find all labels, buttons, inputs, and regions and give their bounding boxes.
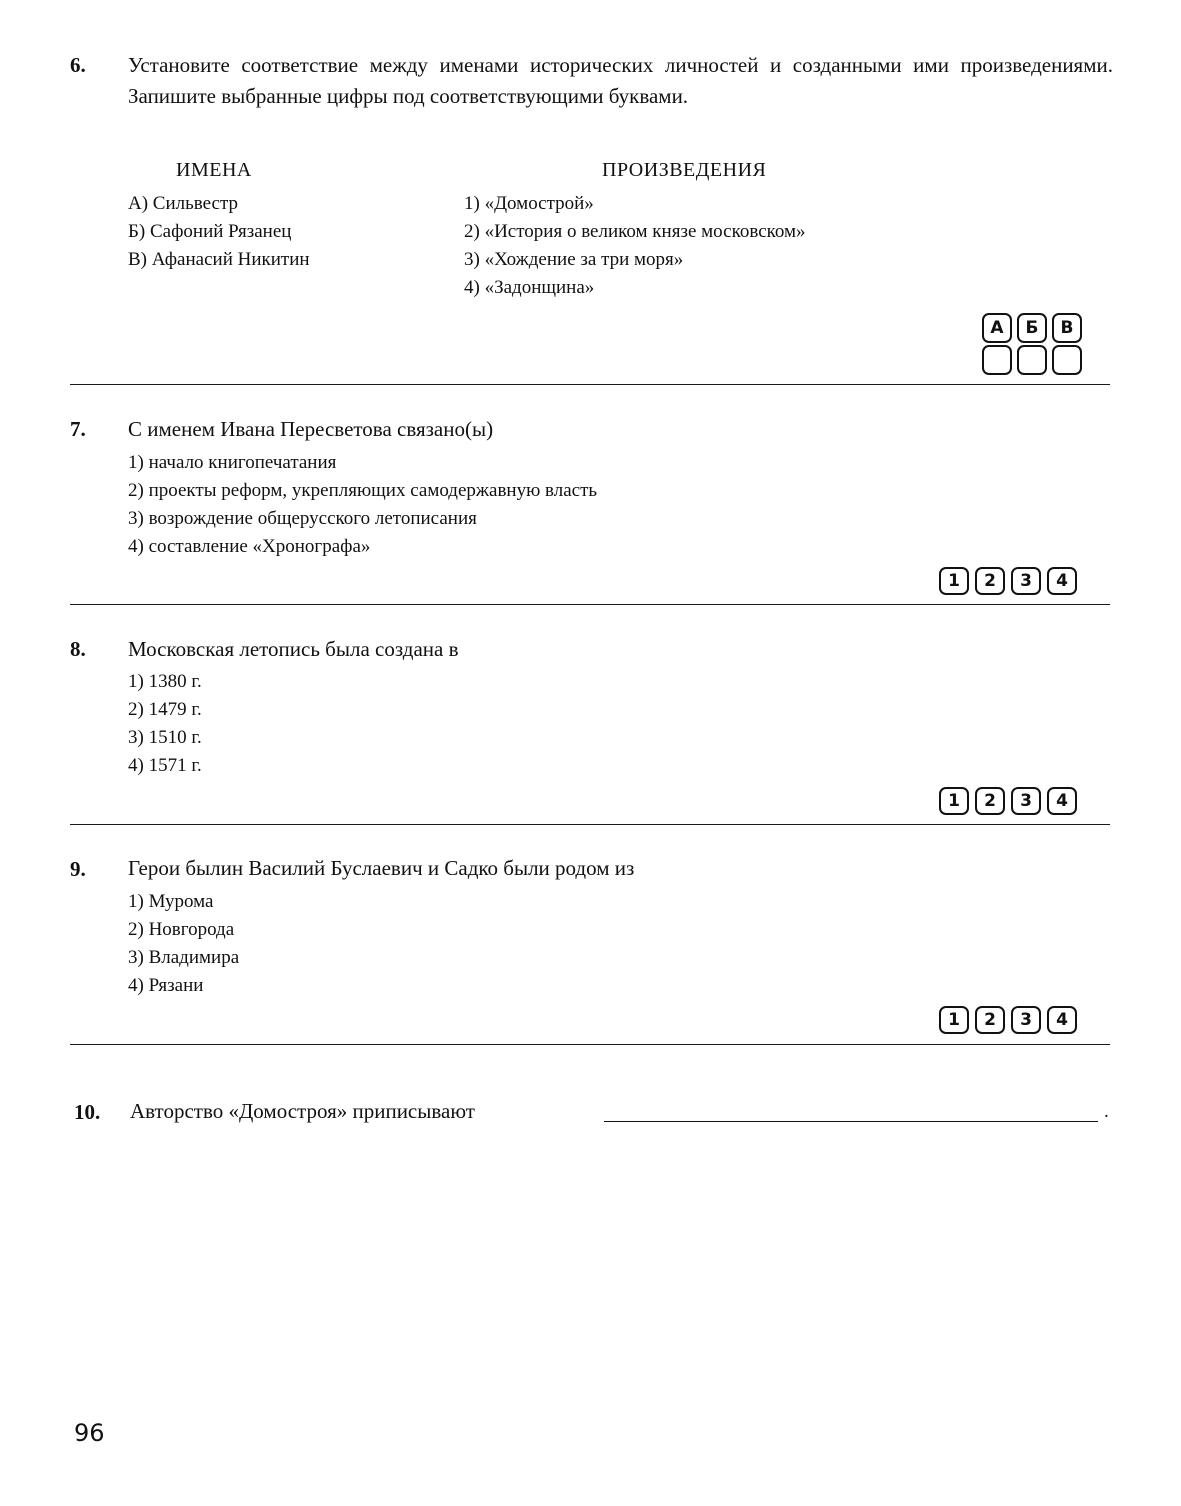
option-item: 2) 1479 г. [128,696,202,724]
work-item: 2) «История о великом князе московском» [464,218,806,246]
answer-box-4[interactable]: 4 [1047,1006,1077,1034]
option-item: 2) Новгорода [128,916,234,944]
name-item: Б) Сафоний Рязанец [128,218,291,246]
divider [70,604,1110,605]
answer-letter-box: Б [1017,313,1047,343]
question-number: 7. [70,417,86,442]
question-number: 9. [70,857,86,882]
answer-box-2[interactable]: 2 [975,1006,1005,1034]
divider [70,384,1110,385]
option-item: 1) Мурома [128,888,213,916]
question-text: Установите соответствие между именами ис… [128,50,1113,112]
answer-input-v[interactable] [1052,345,1082,375]
names-column-header: ИМЕНА [176,159,252,182]
option-item: 4) Рязани [128,972,203,1000]
option-item: 2) проекты реформ, укрепляющих самодержа… [128,477,597,505]
option-item: 1) начало книгопечатания [128,449,336,477]
option-item: 3) 1510 г. [128,724,202,752]
answer-box-3[interactable]: 3 [1011,787,1041,815]
question-text: Московская летопись была создана в [128,634,1113,665]
question-text: Герои былин Василий Буслаевич и Садко бы… [128,853,1113,884]
answer-box-1[interactable]: 1 [939,787,969,815]
question-number: 10. [74,1100,100,1125]
end-punctuation: . [1104,1098,1109,1126]
answer-box-3[interactable]: 3 [1011,567,1041,595]
divider [70,824,1110,825]
work-item: 3) «Хождение за три моря» [464,246,683,274]
answer-boxes: 1 2 3 4 [939,1006,1077,1034]
option-item: 4) составление «Хронографа» [128,533,370,561]
work-item: 1) «Домострой» [464,190,594,218]
option-item: 4) 1571 г. [128,752,202,780]
question-text: С именем Ивана Пересветова связано(ы) [128,414,1113,445]
answer-box-4[interactable]: 4 [1047,567,1077,595]
answer-input-b[interactable] [1017,345,1047,375]
answer-box-2[interactable]: 2 [975,567,1005,595]
name-item: В) Афанасий Никитин [128,246,310,274]
answer-box-1[interactable]: 1 [939,567,969,595]
answer-letter-box: В [1052,313,1082,343]
page-number: 96 [74,1419,105,1447]
answer-letter-box: А [982,313,1012,343]
matching-answer-grid: А Б В [982,313,1082,375]
option-item: 3) Владимира [128,944,239,972]
option-item: 3) возрождение общерусского летописания [128,505,477,533]
answer-box-1[interactable]: 1 [939,1006,969,1034]
option-item: 1) 1380 г. [128,668,202,696]
answer-input-a[interactable] [982,345,1012,375]
answer-box-4[interactable]: 4 [1047,787,1077,815]
answer-boxes: 1 2 3 4 [939,787,1077,815]
answer-box-2[interactable]: 2 [975,787,1005,815]
question-number: 6. [70,53,86,78]
work-item: 4) «Задонщина» [464,274,594,302]
answer-box-3[interactable]: 3 [1011,1006,1041,1034]
answer-blank-field[interactable] [604,1121,1098,1122]
answer-boxes: 1 2 3 4 [939,567,1077,595]
divider [70,1044,1110,1045]
question-text: Авторство «Домостроя» приписывают [130,1096,475,1127]
name-item: А) Сильвестр [128,190,238,218]
question-number: 8. [70,637,86,662]
works-column-header: ПРОИЗВЕДЕНИЯ [602,159,766,182]
